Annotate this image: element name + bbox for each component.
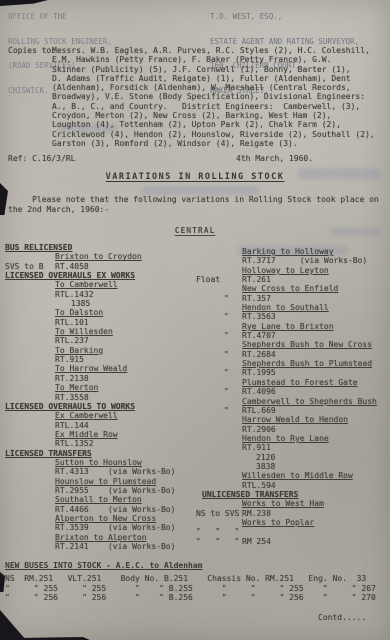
sender-line: OFFICE OF THE [8, 13, 112, 23]
copies-to-label: Copies to: [8, 47, 56, 55]
scan-artifact [0, 183, 8, 215]
page-title: VARIATIONS IN ROLLING STOCK [0, 173, 390, 182]
stock-number-line: RT.2141 (via Works-Bo) [5, 543, 197, 552]
route-line: Ex Middle Row [5, 431, 197, 440]
stock-number-line: RTL.1432 [5, 291, 197, 300]
intro-paragraph: Please note that the following variation… [8, 196, 379, 215]
route-line: Willesden to Middle Row [196, 472, 388, 481]
column-right: Barking to Holloway RT.3717 (via Works-B… [196, 248, 388, 547]
ref-line: Ref: C.16/3/RL 4th March, 1960. [8, 155, 382, 163]
contd-note: Contd..... [318, 614, 366, 622]
route-line: Ex Camberwell [5, 412, 197, 421]
recipient-line: T.O. WEST, ESQ., [210, 13, 359, 23]
ink-smudge [142, 186, 260, 195]
route-line: To Merton [5, 384, 197, 393]
column-left: BUS RELICENSED Brixton to Croydon SVS to… [5, 244, 197, 552]
route-line: To Willesden [5, 328, 197, 337]
ref-number: Ref: C.16/3/RL [8, 154, 75, 163]
stock-number-line: " " "RM 254 [196, 538, 388, 547]
new-buses-heading: NEW BUSES INTO STOCK - A.E.C. to Aldenha… [5, 562, 202, 570]
copies-to-list: Messrs. W.B. Eagles, A.R. Purves, R.C. S… [52, 47, 388, 149]
intro-line: the 2nd March, 1960:- [8, 206, 379, 216]
stock-number-line: 2120 [196, 454, 388, 463]
route-line: To Camberwell [5, 281, 197, 290]
stock-number-line: RT.911 [196, 444, 388, 453]
table-row: " " 256 " 256 " " B.256 " " " 256 " " 27… [5, 594, 376, 604]
route-line: Harrow Weald to Hendon [196, 416, 388, 425]
scan-artifact [0, 610, 26, 640]
new-buses-table: NS RM.251 VLT.251 Body No. B.251 Chassis… [5, 575, 376, 604]
route-line: To Dalston [5, 309, 197, 318]
route-line: Hendon to Rye Lane [196, 435, 388, 444]
region-heading: CENTRAL [0, 227, 390, 235]
document-page: OFFICE OF THE ROLLING STOCK ENGINEER, (R… [0, 0, 390, 640]
copies-line: Garston (3), Romford (2), Windsor (4), R… [52, 140, 388, 149]
route-line: Holloway to Leyton [196, 267, 388, 276]
document-date: 4th March, 1960. [236, 155, 313, 163]
route-line: To Barking [5, 347, 197, 356]
route-line: To Harrow Weald [5, 365, 197, 374]
stock-number-line: RT.2138 [5, 375, 197, 384]
